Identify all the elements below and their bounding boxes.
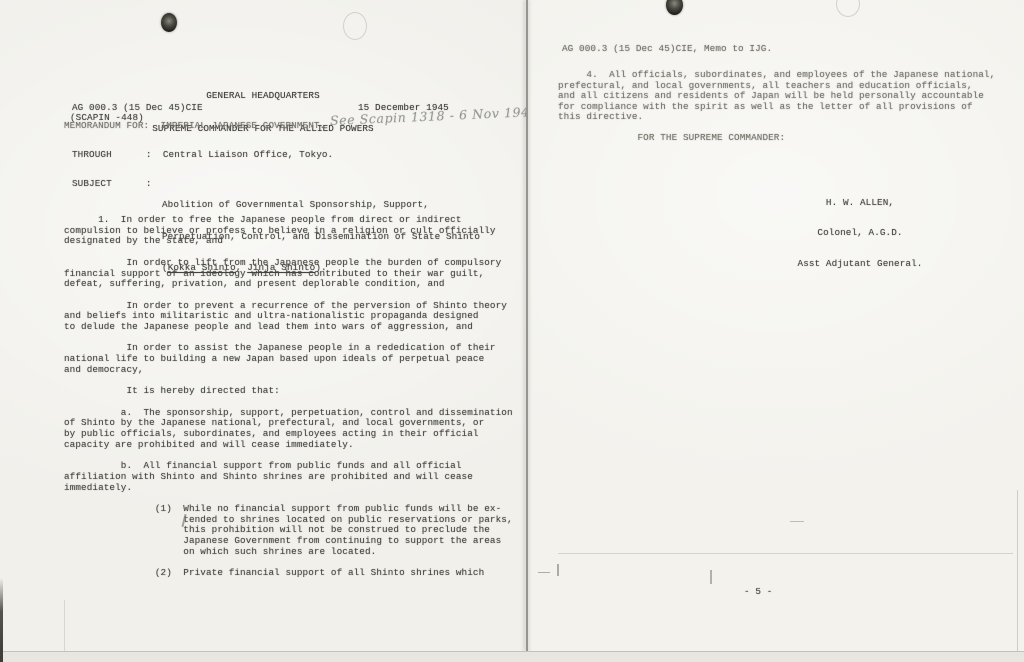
reference-number-right: AG 000.3 (15 Dec 45)CIE, Memo to IJG. [562,44,772,55]
stray-dash [538,572,550,573]
signature-title: Asst Adjutant General. [795,259,925,269]
fastener-mark [666,0,683,15]
signature-name: H. W. ALLEN, [795,198,925,208]
body-text-left: 1. In order to free the Japanese people … [64,215,513,579]
backdrop-strip [0,651,1024,662]
letterhead-line1: GENERAL HEADQUARTERS [0,90,526,101]
ring-stain [343,12,367,40]
ring-stain [836,0,860,17]
subject-label: SUBJECT : [72,179,152,190]
page-seam [526,0,528,651]
page-edge [1017,490,1018,651]
scratch-line [558,553,1013,554]
document-scan: GENERAL HEADQUARTERS SUPREME COMMANDER F… [0,0,1024,662]
page-crease [64,600,65,651]
page-number: - 5 - [744,587,772,598]
stray-dash [790,521,804,522]
stray-tick [557,564,559,576]
through-line: THROUGH : Central Liaison Office, Tokyo. [72,150,333,161]
stray-tick [710,570,712,584]
fastener-mark [161,13,177,32]
page-right: AG 000.3 (15 Dec 45)CIE, Memo to IJG. 4.… [528,0,1024,651]
signature-rank: Colonel, A.G.D. [795,228,925,238]
body-text-right: 4. All officials, subordinates, and empl… [558,70,995,144]
signature-block: H. W. ALLEN, Colonel, A.G.D. Asst Adjuta… [795,177,925,290]
page-edge-left [0,578,3,662]
subject-line1: Abolition of Governmental Sponsorship, S… [162,200,480,211]
page-left: GENERAL HEADQUARTERS SUPREME COMMANDER F… [0,0,526,651]
memorandum-line: MEMORANDUM FOR: IMPERIAL JAPANESE GOVERN… [64,121,325,132]
